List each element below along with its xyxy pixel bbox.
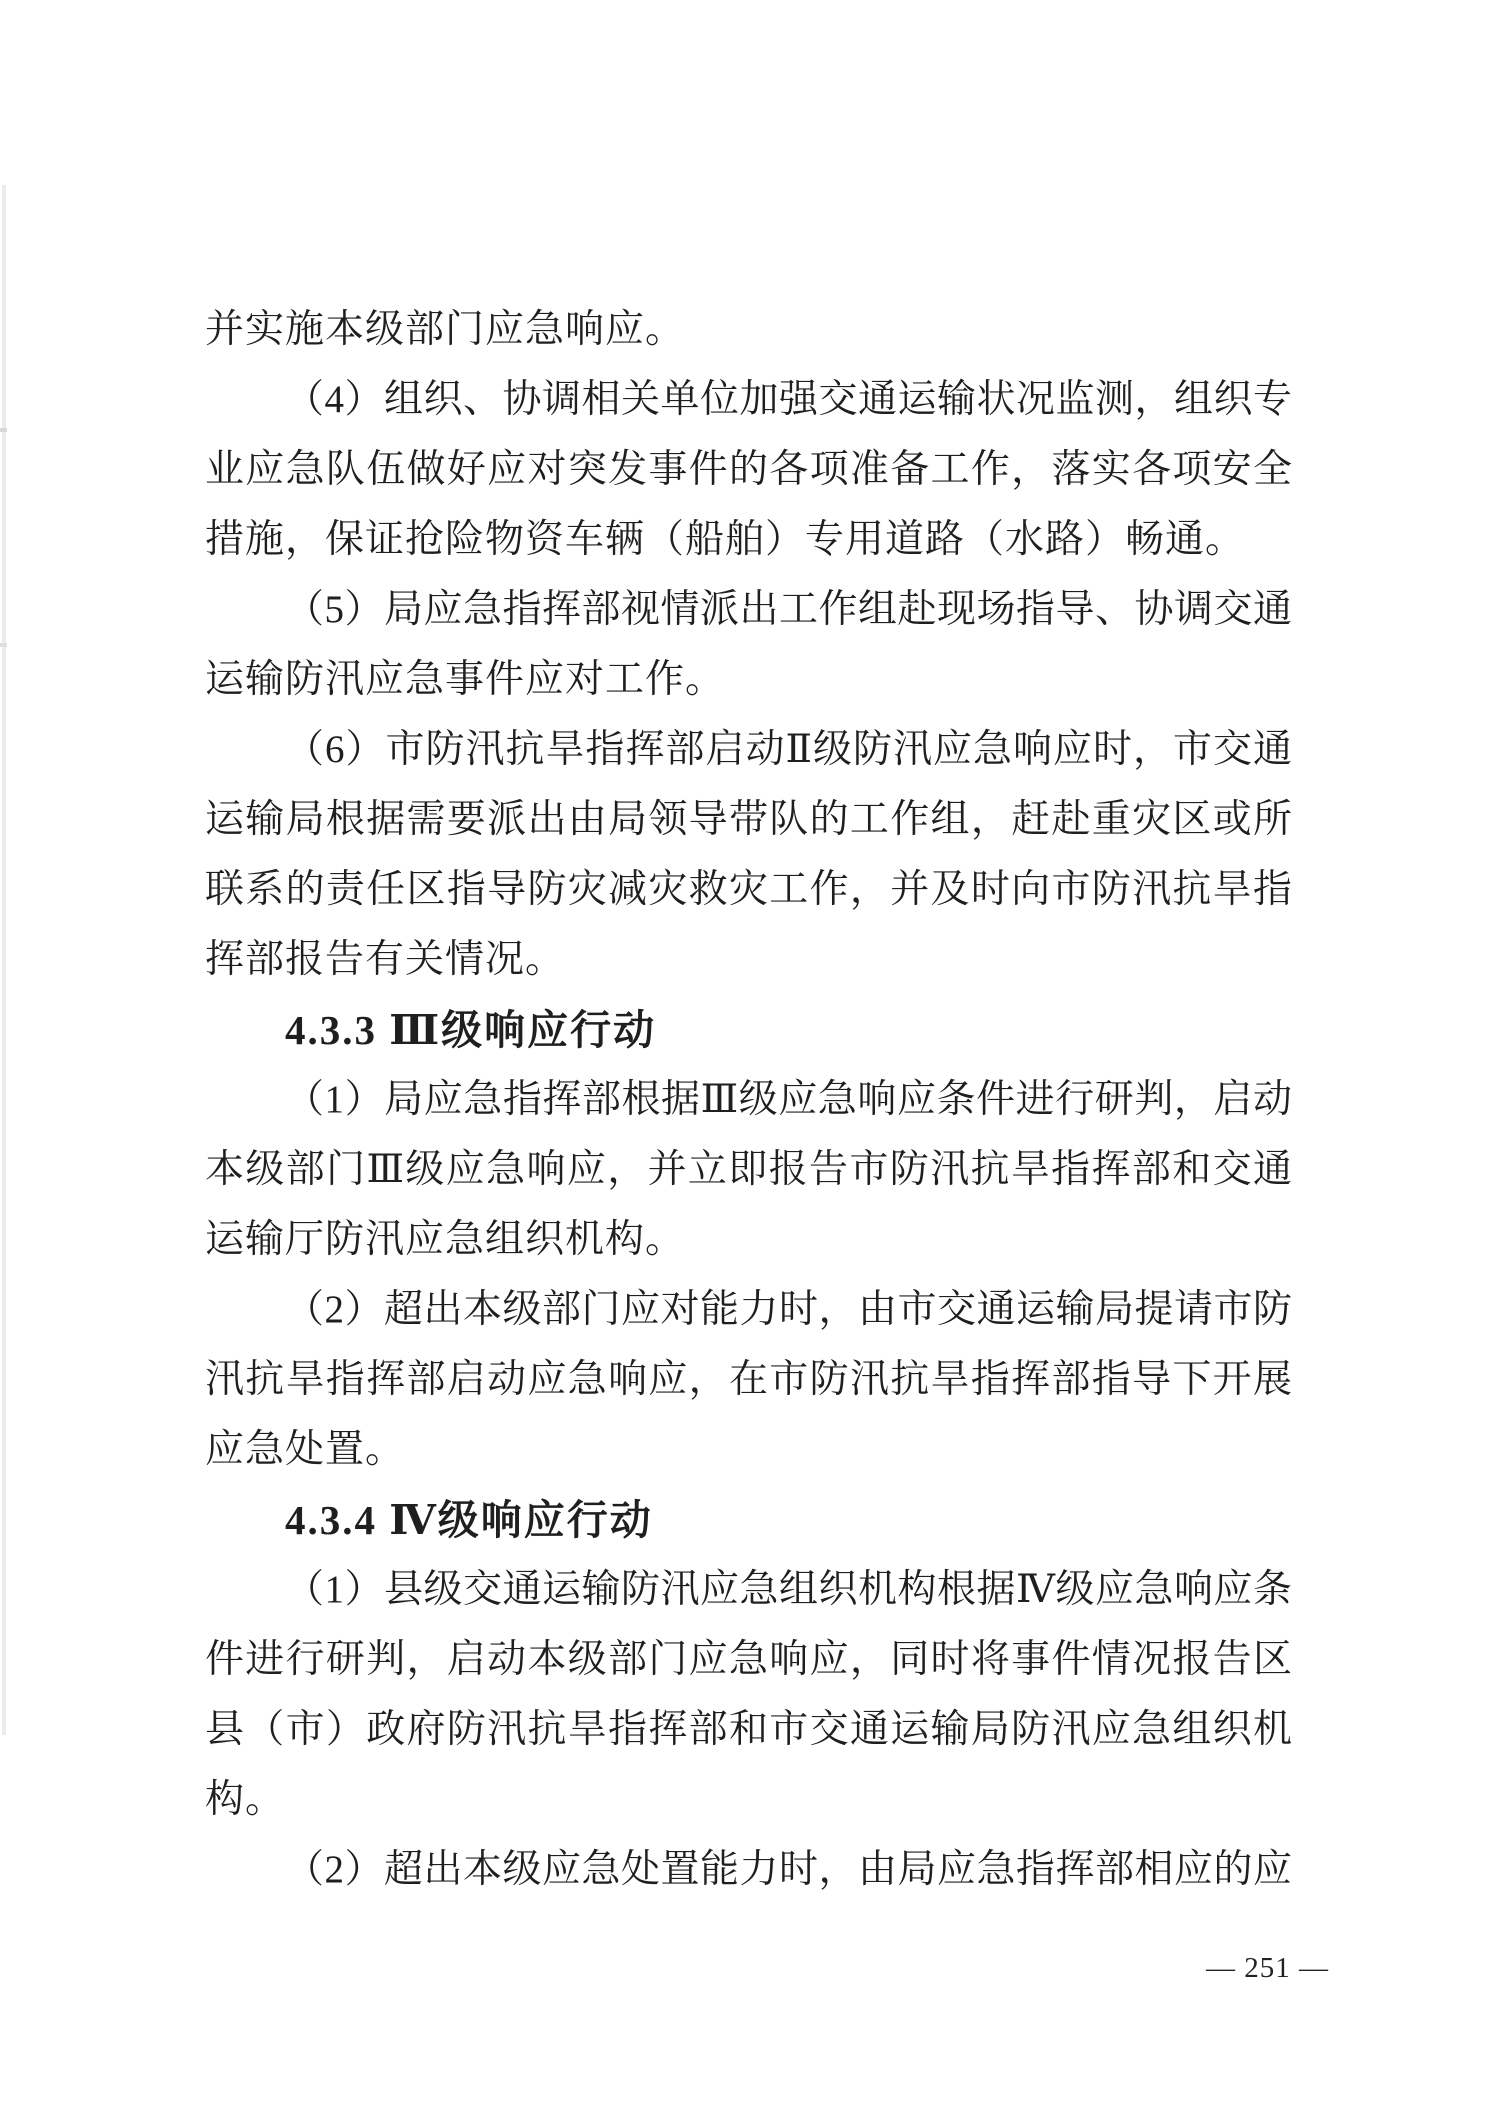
scan-edge-artifact [2, 185, 6, 1735]
section-heading: 4.3.3 Ⅲ级响应行动 [205, 995, 1292, 1065]
text-line: 挥部报告有关情况。 [205, 925, 1292, 995]
text-line: （6）市防汛抗旱指挥部启动Ⅱ级防汛应急响应时，市交通 [205, 715, 1292, 785]
text-line: （1）局应急指挥部根据Ⅲ级应急响应条件进行研判，启动 [205, 1065, 1292, 1135]
text-line: 应急处置。 [205, 1415, 1292, 1485]
text-line: 业应急队伍做好应对突发事件的各项准备工作，落实各项安全 [205, 435, 1292, 505]
text-line: 本级部门Ⅲ级应急响应，并立即报告市防汛抗旱指挥部和交通 [205, 1135, 1292, 1205]
text-line: （1）县级交通运输防汛应急组织机构根据Ⅳ级应急响应条 [205, 1555, 1292, 1625]
text-line: （5）局应急指挥部视情派出工作组赴现场指导、协调交通 [205, 575, 1292, 645]
text-line: 汛抗旱指挥部启动应急响应，在市防汛抗旱指挥部指导下开展 [205, 1345, 1292, 1415]
text-line: 件进行研判，启动本级部门应急响应，同时将事件情况报告区 [205, 1625, 1292, 1695]
section-heading: 4.3.4 Ⅳ级响应行动 [205, 1485, 1292, 1555]
text-line: 并实施本级部门应急响应。 [205, 295, 1292, 365]
scan-speck [0, 643, 7, 647]
text-line: （2）超出本级应急处置能力时，由局应急指挥部相应的应 [205, 1835, 1292, 1905]
text-line: 县（市）政府防汛抗旱指挥部和市交通运输局防汛应急组织机 [205, 1695, 1292, 1765]
text-line: （4）组织、协调相关单位加强交通运输状况监测，组织专 [205, 365, 1292, 435]
page-number: — 251 — [1206, 1951, 1329, 1985]
text-line: 联系的责任区指导防灾减灾救灾工作，并及时向市防汛抗旱指 [205, 855, 1292, 925]
text-line: （2）超出本级部门应对能力时，由市交通运输局提请市防 [205, 1275, 1292, 1345]
text-line: 运输厅防汛应急组织机构。 [205, 1205, 1292, 1275]
text-line: 构。 [205, 1765, 1292, 1835]
scan-speck [0, 428, 7, 432]
text-block: 并实施本级部门应急响应。（4）组织、协调相关单位加强交通运输状况监测，组织专业应… [205, 295, 1292, 1905]
text-line: 运输局根据需要派出由局领导带队的工作组，赶赴重灾区或所 [205, 785, 1292, 855]
text-line: 运输防汛应急事件应对工作。 [205, 645, 1292, 715]
text-line: 措施，保证抢险物资车辆（船舶）专用道路（水路）畅通。 [205, 505, 1292, 575]
